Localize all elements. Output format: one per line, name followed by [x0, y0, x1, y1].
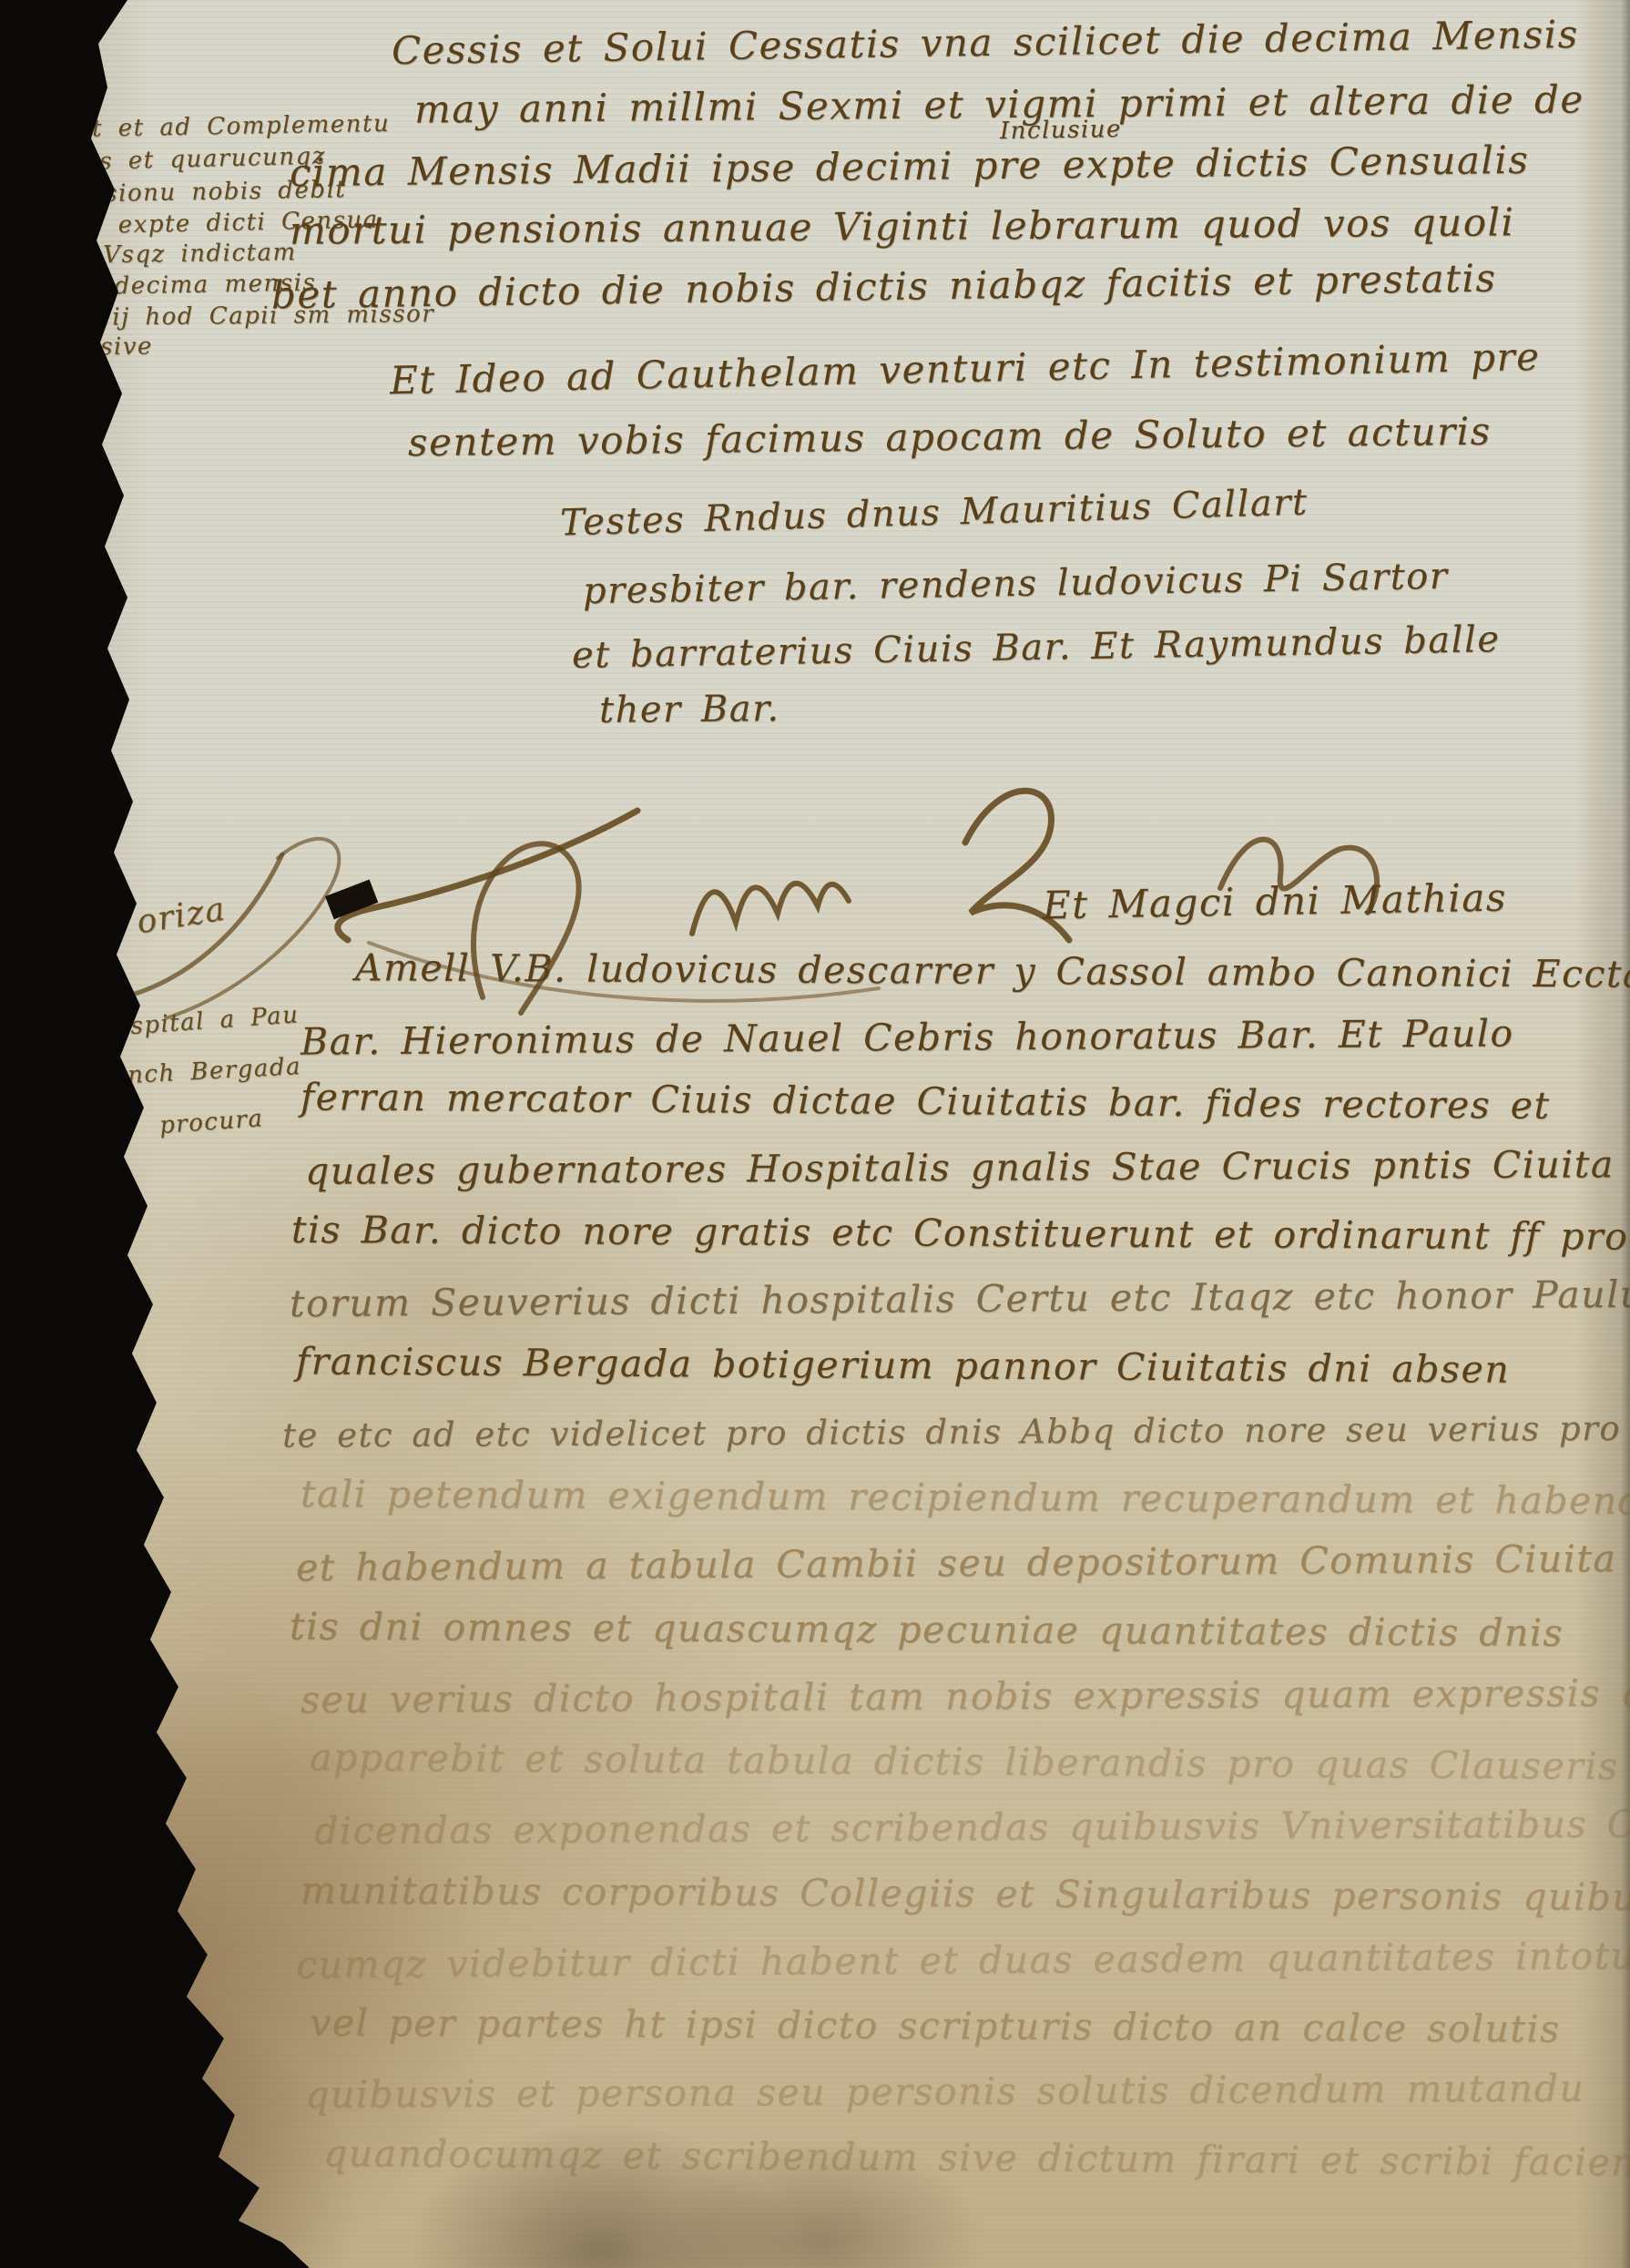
manuscript-line: te etc ad etc videlicet pro dictis dnis … [282, 1407, 1630, 1455]
margin-note-line: procura [158, 1103, 265, 1141]
manuscript-line: torum Seuverius dicti hospitalis Certu e… [290, 1272, 1630, 1325]
margin-note-line: lis Vsqz indictam [56, 237, 297, 271]
manuscript-line: mortui pensionis annuae Viginti lebrarum… [290, 199, 1515, 252]
margin-note-line: clusive [60, 331, 153, 363]
witness-line: Testes Rndus dnus Mauritius Callart [560, 482, 1309, 545]
manuscript-line: bet anno dicto die nobis dictis niabqz f… [271, 256, 1497, 318]
manuscript-line: Amell V.B. ludovicus descarrer y Cassol … [355, 945, 1630, 996]
manuscript-page: Fet et ad Complementu oius et quarucunqz… [0, 0, 1630, 2268]
manuscript-line: vel per partes ht ipsi dicto scripturis … [310, 2000, 1561, 2050]
manuscript-line: cima Mensis Madii ipse decimi pre expte … [290, 138, 1530, 195]
manuscript-line: Et Ideo ad Cauthelam venturi etc In test… [390, 334, 1541, 403]
witness-line: et barraterius Ciuis Bar. Et Raymundus b… [572, 618, 1501, 677]
witness-line: presbiter bar. rendens ludovicus Pi Sart… [583, 556, 1449, 613]
interlinear-insertion: Inclusiue [1000, 116, 1122, 145]
manuscript-line: sentem vobis facimus apocam de Soluto et… [408, 409, 1492, 465]
manuscript-line: Bar. Hieronimus de Nauel Cebris honoratu… [301, 1011, 1514, 1063]
manuscript-line: Cessis et Solui Cessatis vna scilicet di… [392, 12, 1579, 73]
manuscript-line: quales gubernatores Hospitalis gnalis St… [305, 1142, 1615, 1193]
manuscript-line: cumqz videbitur dicti habent et duas eas… [296, 1934, 1630, 1987]
manuscript-line: ferran mercator Ciuis dictae Ciuitatis b… [301, 1075, 1551, 1128]
manuscript-line: quandocumqz et scribendum sive dictum fi… [323, 2131, 1630, 2184]
margin-note-line: oius et quarucunqz [58, 140, 327, 178]
manuscript-line: tali petendum exigendum recipiendum recu… [301, 1472, 1630, 1523]
manuscript-line: munitatibus corporibus Collegiis et Sing… [301, 1868, 1630, 1919]
heading-tail-line: Et Magci dni Mathias [1043, 875, 1508, 928]
witness-line: ther Bar. [599, 688, 780, 731]
manuscript-line: seu verius dicto hospitali tam nobis exp… [301, 1670, 1630, 1721]
manuscript-line: et habendum a tabula Cambii seu deposito… [296, 1537, 1617, 1589]
manuscript-line: franciscus Bergada botigerium pannor Ciu… [296, 1339, 1511, 1391]
manuscript-line: dicendas exponendas et scribendas quibus… [314, 1802, 1630, 1853]
manuscript-line: tis dni omnes et quascumqz pecuniae quan… [290, 1604, 1564, 1654]
margin-note-line: Fet et ad Complementu [60, 108, 391, 145]
manuscript-line: apparebit et soluta tabula dictis libera… [310, 1735, 1619, 1788]
manuscript-line: tis Bar. dicto nore gratis etc Constitue… [291, 1208, 1630, 1259]
manuscript-line: quibusvis et persona seu personis soluti… [305, 2066, 1584, 2116]
